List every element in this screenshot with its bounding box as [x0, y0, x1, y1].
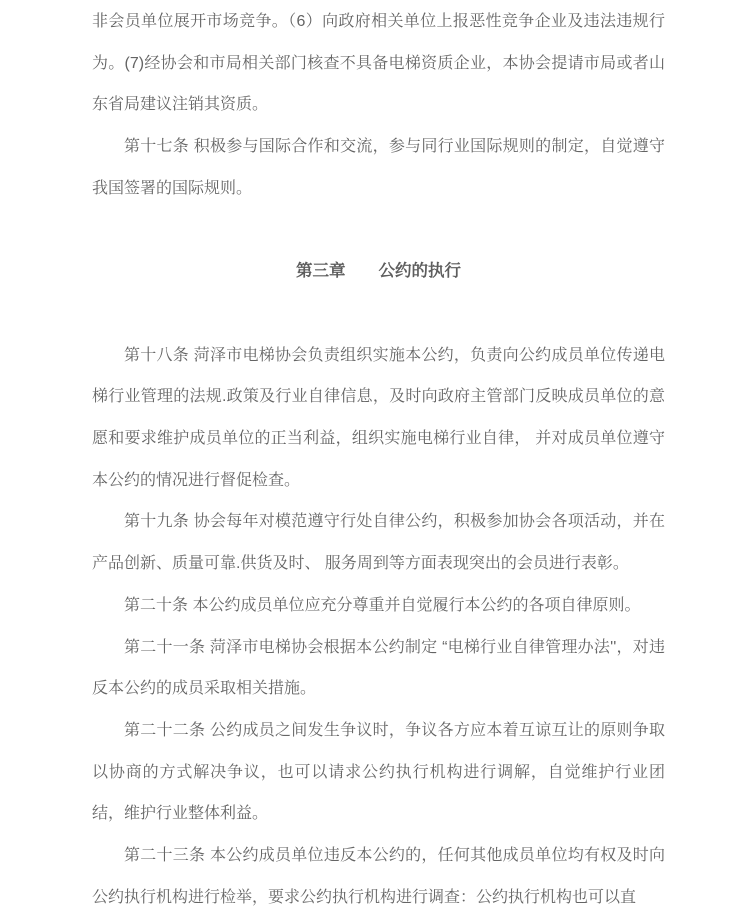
paragraph-article-17: 第十七条 积极参与国际合作和交流，参与同行业国际规则的制定，自觉遵守我国签署的国…: [92, 126, 665, 209]
paragraph-article-22: 第二十二条 公约成员之间发生争议时，争议各方应本着互谅互让的原则争取以协商的方式…: [92, 710, 665, 835]
chapter-heading: 第三章公约的执行: [92, 251, 665, 293]
chapter-title: 公约的执行: [379, 262, 462, 280]
paragraph-article-23: 第二十三条 本公约成员单位违反本公约的，任何其他成员单位均有权及时向公约执行机构…: [92, 835, 665, 918]
document-page: 非会员单位展开市场竞争。（6）向政府相关单位上报恶性竞争企业及违法违规行为。(7…: [0, 0, 751, 919]
chapter-number: 第三章: [296, 262, 346, 280]
paragraph-continuation: 非会员单位展开市场竞争。（6）向政府相关单位上报恶性竞争企业及违法违规行为。(7…: [92, 1, 665, 126]
paragraph-article-20: 第二十条 本公约成员单位应充分尊重并自觉履行本公约的各项自律原则。: [92, 585, 665, 627]
paragraph-article-19: 第十九条 协会每年对模范遵守行处自律公约，积极参加协会各项活动，并在产品创新、质…: [92, 501, 665, 584]
paragraph-article-18: 第十八条 菏泽市电梯协会负责组织实施本公约，负责向公约成员单位传递电梯行业管理的…: [92, 335, 665, 502]
paragraph-article-21: 第二十一条 菏泽市电梯协会根据本公约制定 “电梯行业自律管理办法''，对违反本公…: [92, 627, 665, 710]
